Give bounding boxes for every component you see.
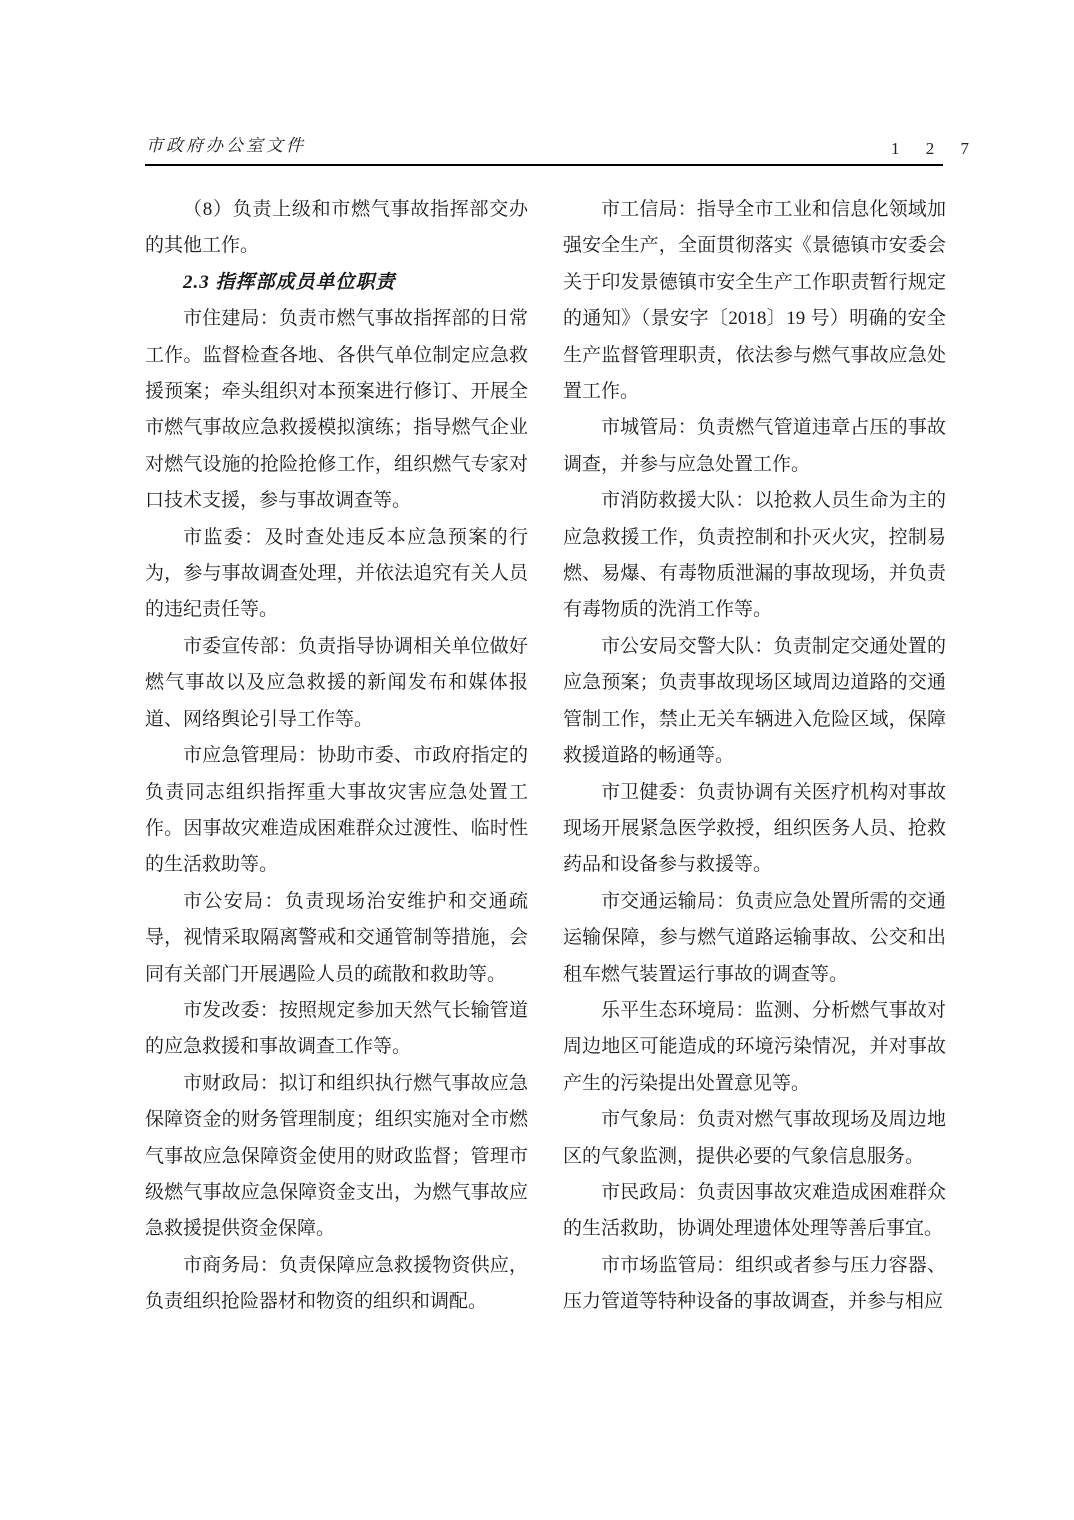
document-body: （8）负责上级和市燃气事故指挥部交办的其他工作。 2.3 指挥部成员单位职责 市… xyxy=(145,192,946,1321)
page-number: 1 2 7 xyxy=(891,139,980,159)
section-heading-2-3: 2.3 指挥部成员单位职责 xyxy=(145,265,528,301)
paragraph-market-regulation-bureau: 市市场监管局：组织或者参与压力容器、压力管道等特种设备的事故调查，并参与相应 xyxy=(563,1248,946,1321)
paragraph-public-security-bureau: 市公安局：负责现场治安维护和交通疏导，视情采取隔离警戒和交通管制等措施，会同有关… xyxy=(145,884,528,993)
paragraph-health-commission: 市卫健委：负责协调有关医疗机构对事故现场开展紧急医学救授，组织医务人员、抢救药品… xyxy=(563,775,946,884)
paragraph-development-reform-commission: 市发改委：按照规定参加天然气长输管道的应急救援和事故调查工作等。 xyxy=(145,993,528,1066)
paragraph-urban-mgmt-bureau: 市城管局：负责燃气管道违章占压的事故调查，并参与应急处置工作。 xyxy=(563,410,946,483)
paragraph-finance-bureau: 市财政局：拟订和组织执行燃气事故应急保障资金的财务管理制度；组织实施对全市燃气事… xyxy=(145,1066,528,1248)
paragraph-industry-it-bureau: 市工信局：指导全市工业和信息化领域加强安全生产，全面贯彻落实《景德镇市安委会关于… xyxy=(563,192,946,410)
paragraph-housing-bureau: 市住建局：负责市燃气事故指挥部的日常工作。监督检查各地、各供气单位制定应急救援预… xyxy=(145,301,528,519)
paragraph-civil-affairs-bureau: 市民政局：负责因事故灾难造成困难群众的生活救助，协调处理遗体处理等善后事宜。 xyxy=(563,1175,946,1248)
paragraph-leping-ecology-bureau: 乐平生态环境局：监测、分析燃气事故对周边地区可能造成的环境污染情况，并对事故产生… xyxy=(563,993,946,1102)
paragraph-transport-bureau: 市交通运输局：负责应急处置所需的交通运输保障，参与燃气道路运输事故、公交和出租车… xyxy=(563,884,946,993)
paragraph-propaganda-dept: 市委宣传部：负责指导协调相关单位做好燃气事故以及应急救援的新闻发布和媒体报道、网… xyxy=(145,629,528,738)
paragraph-fire-rescue-brigade: 市消防救援大队：以抢救人员生命为主的应急救援工作，负责控制和扑灭火灾，控制易燃、… xyxy=(563,483,946,629)
document-page: 市政府办公室文件 1 2 7 （8）负责上级和市燃气事故指挥部交办的其他工作。 … xyxy=(0,0,1074,1520)
left-column: （8）负责上级和市燃气事故指挥部交办的其他工作。 2.3 指挥部成员单位职责 市… xyxy=(145,192,528,1321)
paragraph-meteorological-bureau: 市气象局：负责对燃气事故现场及周边地区的气象监测，提供必要的气象信息服务。 xyxy=(563,1102,946,1175)
paragraph-item-8: （8）负责上级和市燃气事故指挥部交办的其他工作。 xyxy=(145,192,528,265)
header-rule xyxy=(145,164,943,166)
paragraph-traffic-police-brigade: 市公安局交警大队：负责制定交通处置的应急预案；负责事故现场区域周边道路的交通管制… xyxy=(563,629,946,775)
paragraph-supervision-commission: 市监委：及时查处违反本应急预案的行为，参与事故调查处理，并依法追究有关人员的违纪… xyxy=(145,520,528,629)
paragraph-emergency-mgmt-bureau: 市应急管理局：协助市委、市政府指定的负责同志组织指挥重大事故灾害应急处置工作。因… xyxy=(145,738,528,884)
right-column: 市工信局：指导全市工业和信息化领域加强安全生产，全面贯彻落实《景德镇市安委会关于… xyxy=(563,192,946,1321)
paragraph-commerce-bureau: 市商务局：负责保障应急救援物资供应，负责组织抢险器材和物资的组织和调配。 xyxy=(145,1248,528,1321)
header-doc-type: 市政府办公室文件 xyxy=(146,131,306,156)
